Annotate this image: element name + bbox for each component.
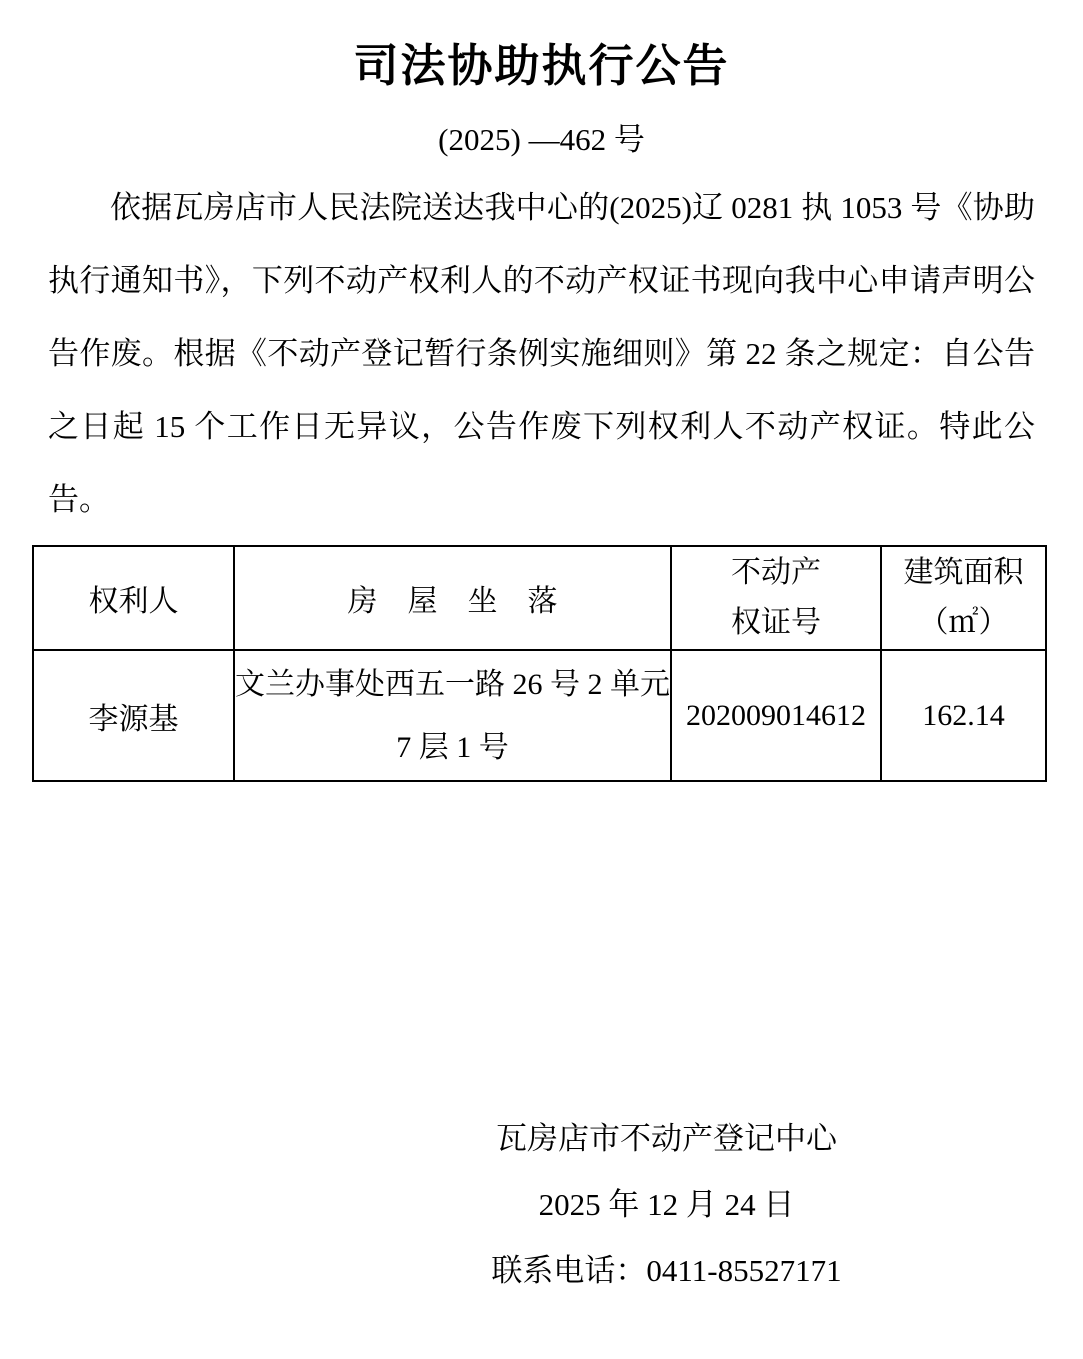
- column-header-certificate-number: 不动产 权证号: [671, 546, 881, 650]
- cell-building-area: 162.14: [881, 650, 1046, 781]
- certificate-header-line2: 权证号: [672, 598, 880, 648]
- column-header-building-area: 建筑面积 （㎡）: [881, 546, 1046, 650]
- cell-certificate-number: 202009014612: [671, 650, 881, 781]
- certificate-header-line1: 不动产: [672, 548, 880, 598]
- signature-block: 瓦房店市不动产登记中心 2025 年 12 月 24 日 联系电话：0411-8…: [0, 1120, 1083, 1289]
- column-header-owner: 权利人: [33, 546, 234, 650]
- cell-house-location: 文兰办事处西五一路 26 号 2 单元 7 层 1 号: [234, 650, 671, 781]
- property-table: 权利人 房 屋 坐 落 不动产 权证号 建筑面积 （㎡） 李源基 文兰办事处西五…: [32, 545, 1047, 782]
- area-header-line1: 建筑面积: [882, 548, 1045, 598]
- table-row: 李源基 文兰办事处西五一路 26 号 2 单元 7 层 1 号 20200901…: [33, 650, 1046, 781]
- cell-owner-name: 李源基: [33, 650, 234, 781]
- issue-date: 2025 年 12 月 24 日: [250, 1186, 1083, 1223]
- announcement-body-paragraph: 依据瓦房店市人民法院送达我中心的(2025)辽 0281 执 1053 号《协助…: [48, 171, 1035, 536]
- column-header-location: 房 屋 坐 落: [234, 546, 671, 650]
- header-row: 权利人 房 屋 坐 落 不动产 权证号 建筑面积 （㎡）: [33, 546, 1046, 650]
- document-number: (2025) —462 号: [0, 121, 1083, 158]
- announcement-document: 司法协助执行公告 (2025) —462 号 依据瓦房店市人民法院送达我中心的(…: [0, 0, 1083, 1359]
- area-header-line2: （㎡）: [882, 598, 1045, 648]
- document-title: 司法协助执行公告: [0, 40, 1083, 92]
- contact-phone: 联系电话：0411-85527171: [250, 1252, 1083, 1289]
- property-table-body: 李源基 文兰办事处西五一路 26 号 2 单元 7 层 1 号 20200901…: [33, 650, 1046, 781]
- issuer-name: 瓦房店市不动产登记中心: [250, 1120, 1083, 1157]
- property-table-header: 权利人 房 屋 坐 落 不动产 权证号 建筑面积 （㎡）: [33, 546, 1046, 650]
